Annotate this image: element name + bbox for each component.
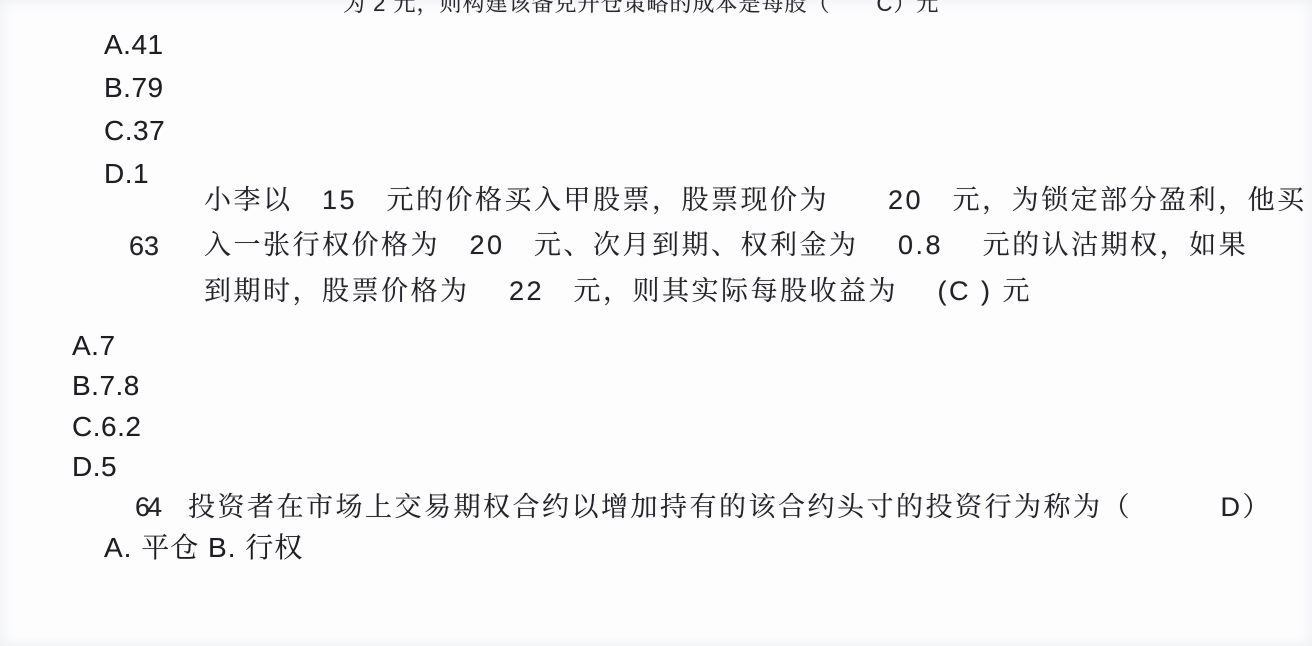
document-page: { "page": { "background": "#fdfdfe", "te…	[0, 0, 1312, 646]
question-63-line-1: 小李以 15 元的价格买入甲股票，股票现价为 20 元，为锁定部分盈利，他买	[204, 185, 1307, 215]
question-64-number: 64	[135, 492, 159, 523]
partial-question-line: 为 2 元，则构建该备兑开仓策略的成本是每股（ C）元	[343, 0, 939, 18]
option-62-b: B.79	[104, 73, 164, 103]
option-62-a: A.41	[104, 30, 164, 60]
question-64-options-line: A. 平仓 B. 行权	[104, 533, 303, 563]
question-63-number: 63	[129, 231, 159, 262]
question-63-line-3: 到期时，股票价格为 22 元，则其实际每股收益为 (C ) 元	[204, 276, 1032, 306]
option-63-b: B.7.8	[72, 371, 140, 401]
option-62-d: D.1	[104, 159, 149, 189]
option-63-d: D.5	[72, 452, 117, 482]
option-63-a: A.7	[72, 331, 116, 361]
option-63-c: C.6.2	[72, 412, 141, 442]
option-62-c: C.37	[104, 116, 165, 146]
question-64-text: 投资者在市场上交易期权合约以增加持有的该合约头寸的投资行为称为（ D）	[188, 492, 1272, 522]
question-63-line-2: 入一张行权价格为 20 元、次月到期、权利金为 0.8 元的认沽期权，如果	[204, 230, 1248, 260]
